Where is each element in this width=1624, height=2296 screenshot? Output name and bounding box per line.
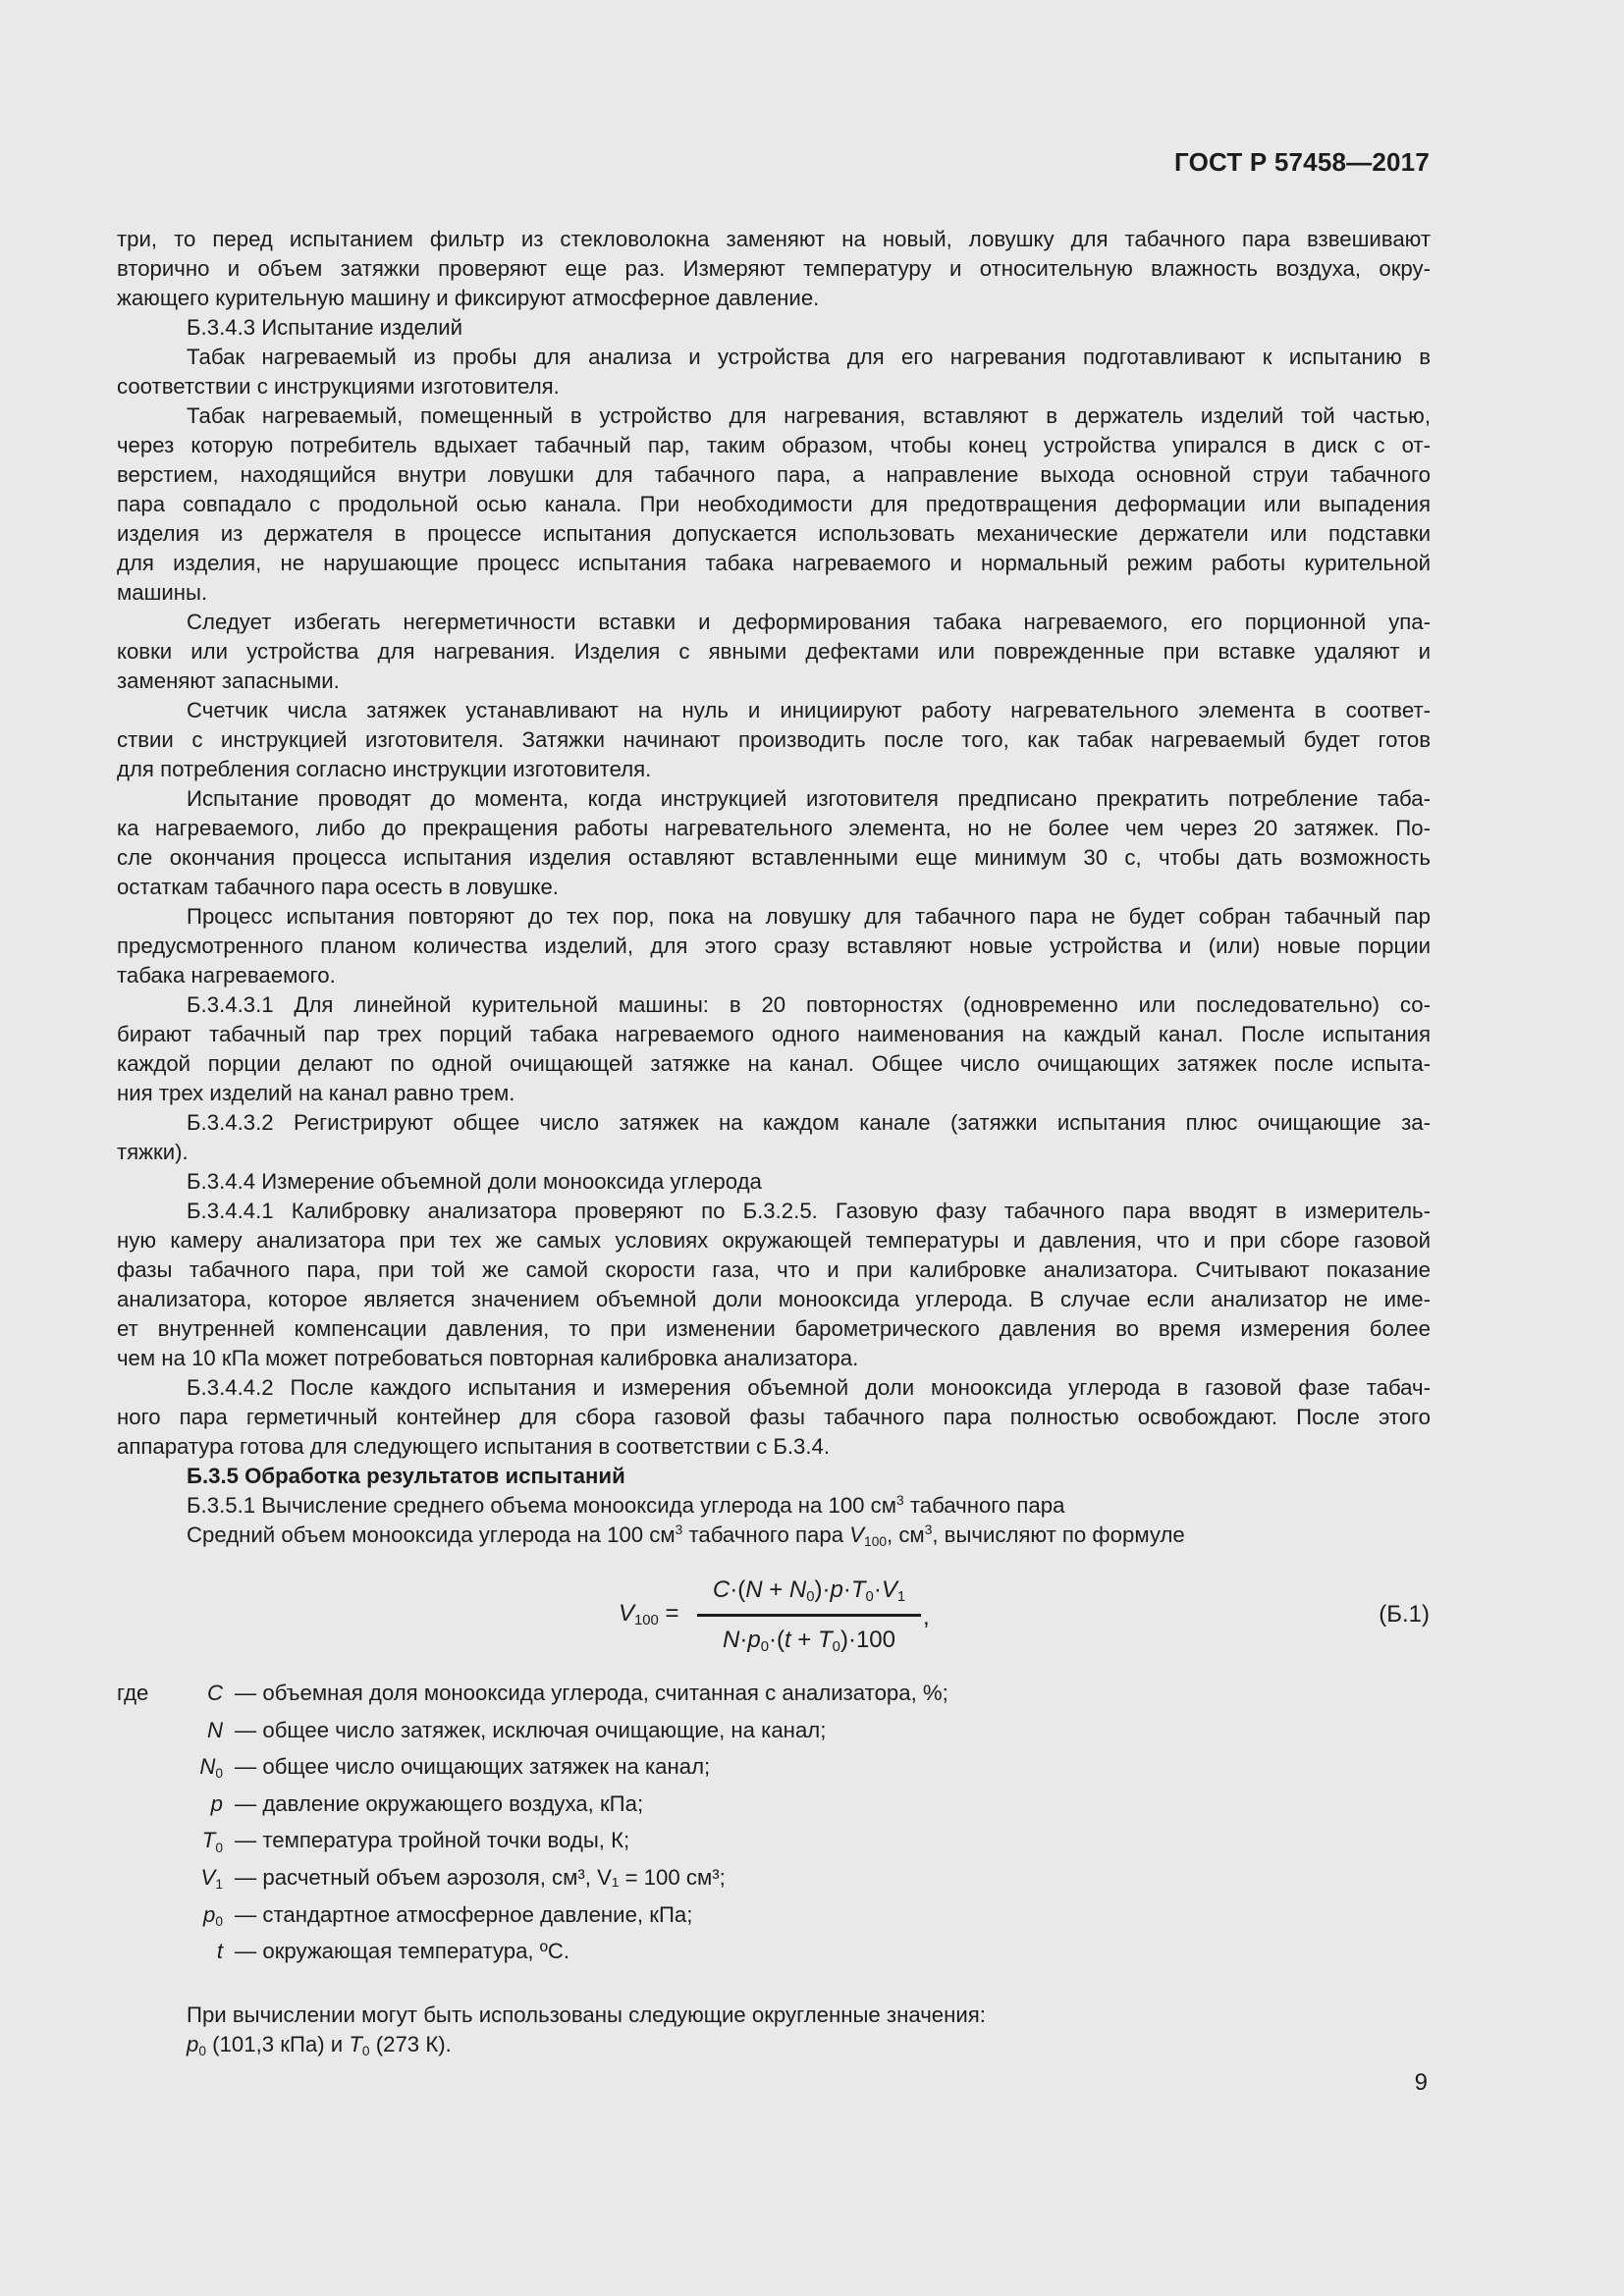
text-line: табака нагреваемого. [117,961,1431,990]
formula-comma: , [923,1604,930,1631]
text-line: каждой порции делают по одной очищающей … [117,1049,1431,1079]
paragraph: Счетчик числа затяжек устанавливают на н… [117,696,1431,784]
text-line: Процесс испытания повторяют до тех пор, … [117,902,1431,932]
text-line: пара совпадало с продольной осью канала.… [117,490,1431,519]
text-line: ковки или устройства для нагревания. Изд… [117,637,1431,667]
legend-symbol: p0 [144,1900,223,1933]
text-line: три, то перед испытанием фильтр из стекл… [117,225,1431,254]
text-span: табачного пара [904,1493,1065,1518]
subscript: 100 [634,1613,659,1629]
body-text: три, то перед испытанием фильтр из стекл… [117,225,1431,1550]
document-page: ГОСТ Р 57458—2017 три, то перед испытани… [0,0,1624,2296]
formula-numerator: C·(N + N0)·p·T0·V1 [697,1571,921,1610]
text-line: машины. [117,578,1431,608]
text-line: чем на 10 кПа может потребоваться повтор… [117,1344,1431,1373]
legend-description: — общее число затяжек, исключая очищающи… [235,1716,826,1745]
text-line: ния трех изделий на канал равно трем. [117,1079,1431,1108]
text-line: Б.3.4.3.2 Регистрируют общее число затяж… [117,1108,1431,1138]
legend-description: — давление окружающего воздуха, кПа; [235,1789,643,1819]
text-line: Счетчик числа затяжек устанавливают на н… [117,696,1431,725]
text-line: через которую потребитель вдыхает табачн… [117,431,1431,460]
text-line: жающего курительную машину и фиксируют а… [117,284,1431,313]
paragraph: Процесс испытания повторяют до тех пор, … [117,902,1431,990]
paragraph-b3431: Б.3.4.3.1 Для линейной курительной машин… [117,990,1431,1108]
text-line: Табак нагреваемый из пробы для анализа и… [117,343,1431,372]
paragraph-b3441: Б.3.4.4.1 Калибровку анализатора проверя… [117,1197,1431,1373]
text-line: остаткам табачного пара осесть в ловушке… [117,873,1431,902]
text-line: верстием, находящийся внутри ловушки для… [117,460,1431,490]
legend-symbol: N [144,1716,223,1748]
paragraph: Табак нагреваемый, помещенный в устройст… [117,401,1431,608]
text-span: табачного пара [682,1522,849,1547]
note-line: При вычислении могут быть использованы с… [187,2001,986,2030]
text-line: анализатора, которое является значением … [117,1285,1431,1314]
paragraph: Испытание проводят до момента, когда инс… [117,784,1431,902]
text-span: , вычисляют по формуле [932,1522,1184,1547]
legend-symbol: N0 [144,1752,223,1785]
formula-number: (Б.1) [1379,1601,1430,1629]
variable: V [619,1600,634,1627]
text-line: Б.3.4.4.1 Калибровку анализатора проверя… [117,1197,1431,1226]
text-line: аппаратура готова для следующего испытан… [117,1432,1431,1462]
text-line: бирают табачный пар трех порций табака н… [117,1020,1431,1049]
formula-intro: Средний объем монооксида углерода на 100… [117,1521,1431,1550]
equals-sign: = [659,1600,679,1627]
page-number: 9 [1415,2069,1428,2097]
paragraph-intro: три, то перед испытанием фильтр из стекл… [117,225,1431,313]
legend-symbol: C [144,1679,223,1711]
text-line: вторично и объем затяжки проверяют еще р… [117,254,1431,284]
legend-symbol: V1 [144,1863,223,1896]
formula-b1: V100 = C·(N + N0)·p·T0·V1 N·p0·(t + T0)·… [619,1571,1404,1659]
text-line: фазы табачного пара, при той же самой ск… [117,1255,1431,1285]
paragraph: Табак нагреваемый из пробы для анализа и… [117,343,1431,401]
text-line: ную камеру анализатора при тех же самых … [117,1226,1431,1255]
subscript: 100 [864,1534,887,1549]
legend-description: — температура тройной точки воды, К; [235,1826,629,1855]
text-line: заменяют запасными. [117,667,1431,696]
superscript: 3 [925,1522,933,1537]
text-line: соответствии с инструкциями изготовителя… [117,372,1431,401]
legend-symbol: t [144,1937,223,1969]
legend-description: — объемная доля монооксида углерода, счи… [235,1679,948,1708]
section-heading-b35: Б.3.5 Обработка результатов испытаний [117,1462,1431,1491]
legend-symbol: T0 [144,1826,223,1858]
subsection-heading-b351: Б.3.5.1 Вычисление среднего объема моноо… [117,1491,1431,1521]
superscript: 3 [896,1493,904,1508]
text-line: Испытание проводят до момента, когда инс… [117,784,1431,814]
text-span: Б.3.5.1 Вычисление среднего объема моноо… [187,1493,896,1518]
legend-description: — расчетный объем аэрозоля, см³, V₁ = 10… [235,1863,726,1893]
text-line: Табак нагреваемый, помещенный в устройст… [117,401,1431,431]
formula-fraction: C·(N + N0)·p·T0·V1 N·p0·(t + T0)·100 [697,1571,921,1660]
text-line: Следует избегать негерметичности вставки… [117,608,1431,637]
legend-description: — стандартное атмосферное давление, кПа; [235,1900,692,1930]
fraction-bar [697,1614,921,1617]
document-standard-id: ГОСТ Р 57458—2017 [1174,147,1430,178]
variable: V [849,1522,864,1547]
paragraph-b3432: Б.3.4.3.2 Регистрируют общее число затяж… [117,1108,1431,1167]
superscript: 3 [676,1522,683,1537]
formula-lhs: V100 = [619,1600,679,1628]
text-line: ет внутренней компенсации давления, то п… [117,1314,1431,1344]
text-line: для потребления согласно инструкции изго… [117,755,1431,784]
formula-denominator: N·p0·(t + T0)·100 [697,1621,921,1660]
text-line: предусмотренного планом количества издел… [117,932,1431,961]
text-span: Средний объем монооксида углерода на 100… [187,1522,676,1547]
text-line: ного пара герметичный контейнер для сбор… [117,1403,1431,1432]
paragraph: Следует избегать негерметичности вставки… [117,608,1431,696]
note-values: p0 (101,3 кПа) и T0 (273 К). [187,2030,986,2062]
subsection-heading-b344: Б.3.4.4 Измерение объемной доли моноокси… [117,1167,1431,1197]
text-line: изделия из держателя в процессе испытани… [117,519,1431,549]
legend-symbol: p [144,1789,223,1822]
legend-description: — окружающая температура, ºС. [235,1937,569,1966]
text-line: тяжки). [117,1138,1431,1167]
text-line: ка нагреваемого, либо до прекращения раб… [117,814,1431,843]
rounded-values-note: При вычислении могут быть использованы с… [187,2001,986,2062]
text-line: Б.3.4.3.1 Для линейной курительной машин… [117,990,1431,1020]
text-line: для изделия, не нарушающие процесс испыт… [117,549,1431,578]
legend-description: — общее число очищающих затяжек на канал… [235,1752,710,1782]
text-span: , см [887,1522,925,1547]
text-line: сле окончания процесса испытания изделия… [117,843,1431,873]
paragraph-b3442: Б.3.4.4.2 После каждого испытания и изме… [117,1373,1431,1462]
text-line: ствии с инструкцией изготовителя. Затяжк… [117,725,1431,755]
subsection-heading-b343: Б.3.4.3 Испытание изделий [117,313,1431,343]
text-line: Б.3.4.4.2 После каждого испытания и изме… [117,1373,1431,1403]
